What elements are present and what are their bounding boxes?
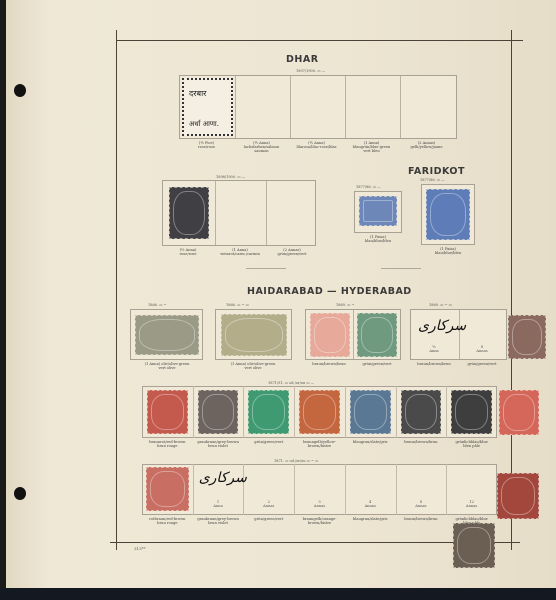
caption: (2 Annas) gelb/yellow/jaune bbox=[399, 141, 454, 149]
value-label: 4 Annas bbox=[345, 500, 396, 508]
issue-year: 1898/1900. ▭ — bbox=[216, 175, 245, 179]
caption: grünlichblau/blue bleu pâle bbox=[446, 440, 497, 448]
caption: braun/brown/brun bbox=[410, 362, 458, 366]
issue-year: 1866. ▭ ~ ▭ bbox=[226, 303, 249, 307]
cell-divider bbox=[294, 386, 295, 438]
stamp-dhar-half-pice[interactable]: दरबार अर्धा आणा. bbox=[182, 78, 233, 136]
caption: (2 Annas) grün/green/vert bbox=[266, 248, 318, 256]
stamp-hyderabad-1869-green[interactable] bbox=[357, 313, 397, 357]
caption: grün/green/vert bbox=[243, 517, 294, 521]
issue-year: 1869. ▭ ~ ▭ bbox=[429, 303, 452, 307]
stamp-faridkot-2[interactable] bbox=[426, 189, 470, 240]
issue-year: 1871. ▭ od./or/ou ▭ ~ ▭ bbox=[274, 459, 318, 463]
value-label: 8 Annas bbox=[458, 345, 506, 353]
stamp-hyderabad-1871-5[interactable] bbox=[401, 390, 442, 434]
album-page: DHAR 1897/1900. ▭ — दरबार अर्धा आणा. (½ … bbox=[6, 0, 556, 588]
stamp-hyderabad-1871-0[interactable] bbox=[147, 390, 188, 434]
cell-divider bbox=[243, 386, 244, 438]
stamp-dhar-rose[interactable] bbox=[169, 187, 209, 239]
cell-divider bbox=[193, 386, 194, 438]
caption: braun/brown/brun bbox=[396, 517, 447, 521]
caption: blaugrau/slate/gris bbox=[345, 517, 396, 521]
stamp-hyderabad-1871-1[interactable] bbox=[198, 390, 239, 434]
stamp-hyderabad-1869-brown[interactable] bbox=[310, 313, 350, 357]
caption: braun/brown/brun bbox=[396, 440, 447, 444]
issue-year: 1877/86. ▭ — bbox=[420, 178, 445, 182]
caption: braunrot/red-brown brun rouge bbox=[142, 440, 193, 448]
caption: grün/green/vert bbox=[458, 362, 506, 366]
section-title-hyderabad: HAIDARABAD — HYDERABAD bbox=[247, 286, 412, 297]
loose-stamp[interactable] bbox=[508, 315, 546, 359]
caption: (½ Pice) rose/rose bbox=[179, 141, 234, 149]
caption: (½ Anna) lachsfarben/salmon saumon bbox=[234, 141, 289, 154]
caption: (1 Paisa) blau/blue/bleu bbox=[351, 235, 405, 243]
caption: graubraun/grey-brown brun violet bbox=[193, 517, 244, 525]
overprint-sample: سرکاری bbox=[199, 470, 247, 486]
loose-stamp[interactable] bbox=[499, 390, 539, 435]
stamp-box bbox=[305, 309, 401, 360]
stamp-box bbox=[130, 309, 203, 360]
caption: (1 Anna) oliv/olive-green vert olive bbox=[210, 362, 296, 370]
stamp-hyderabad-1866-2[interactable] bbox=[221, 314, 287, 356]
caption: blaugrau/slate/gris bbox=[345, 440, 396, 444]
caption: (½ Anna) rose/rose bbox=[162, 248, 214, 256]
loose-stamp[interactable] bbox=[453, 523, 495, 568]
stamp-box bbox=[215, 309, 292, 360]
caption: rotbraun/red-brown brun rouge bbox=[142, 517, 193, 525]
binder-hole bbox=[14, 84, 26, 97]
frame-top-rule bbox=[116, 40, 523, 41]
stamp-box bbox=[354, 191, 402, 233]
cell-divider bbox=[345, 386, 346, 438]
stamp-hyderabad-1871-6[interactable] bbox=[451, 390, 492, 434]
background-edge bbox=[0, 588, 556, 600]
issue-year: 1877/86. ▭ — bbox=[356, 185, 381, 189]
value-label: ½ Anna bbox=[410, 345, 458, 353]
frame-left-rule bbox=[116, 30, 117, 550]
issue-year: 1869. ▭ ~ bbox=[336, 303, 354, 307]
cell-divider bbox=[396, 386, 397, 438]
page-code: 313** bbox=[134, 546, 146, 551]
value-label: 2 Annas bbox=[243, 500, 294, 508]
caption: (½ Anna) lilarosa/lilac-rose/lilas bbox=[289, 141, 344, 149]
caption: graubraun/grey-brown brun violet bbox=[193, 440, 244, 448]
stamp-row-dhar-2 bbox=[162, 180, 316, 246]
caption: (1 Anna) blaugrün/blue-green vert bleu bbox=[344, 141, 399, 154]
divider bbox=[381, 268, 421, 269]
caption: (1 Paisa) blau/blue/bleu bbox=[421, 247, 475, 255]
caption: (1 Anna) weinrot/carm./carmin bbox=[214, 248, 266, 256]
stamp-hyderabad-overprint[interactable] bbox=[146, 467, 189, 511]
issue-year: 1871/91. ▭ od./or/ou ▭ — bbox=[268, 381, 314, 385]
issue-year: 1866. ▭ ~ bbox=[148, 303, 166, 307]
frame-right-rule bbox=[511, 30, 512, 550]
stamp-hyderabad-1866[interactable] bbox=[135, 315, 199, 355]
caption: braungelb/orange- brown/bistre bbox=[294, 517, 345, 525]
caption: grün/green/vert bbox=[243, 440, 294, 444]
stamp-faridkot-1[interactable] bbox=[359, 196, 397, 226]
overprint-sample: سرکاری bbox=[418, 318, 466, 334]
stamp-row-dhar: दरबार अर्धा आणा. bbox=[179, 75, 457, 139]
divider bbox=[246, 268, 286, 269]
caption: grünlichblau/blue bleu pâle bbox=[446, 517, 497, 525]
value-label: 1 Anna bbox=[193, 500, 244, 508]
loose-stamp[interactable] bbox=[497, 473, 539, 519]
value-label: 8 Annas bbox=[396, 500, 447, 508]
section-title-dhar: DHAR bbox=[286, 54, 319, 65]
caption: grün/green/vert bbox=[353, 362, 401, 366]
value-label: 12 Annas bbox=[446, 500, 497, 508]
stamp-hyderabad-1871-2[interactable] bbox=[248, 390, 289, 434]
caption: (1 Anna) oliv/olive-green vert olive bbox=[124, 362, 210, 370]
section-title-faridkot: FARIDKOT bbox=[408, 166, 465, 177]
stamp-box bbox=[421, 184, 475, 245]
stamp-hyderabad-1871-4[interactable] bbox=[350, 390, 391, 434]
cell-divider bbox=[446, 386, 447, 438]
value-label: 3 Annas bbox=[294, 500, 345, 508]
caption: braun/brown/brun bbox=[305, 362, 353, 366]
binder-hole bbox=[14, 487, 26, 500]
stamp-hyderabad-1871-3[interactable] bbox=[299, 390, 340, 434]
caption: braungelb/yellow- brown/bistre bbox=[294, 440, 345, 448]
issue-year: 1897/1900. ▭ — bbox=[296, 69, 325, 73]
